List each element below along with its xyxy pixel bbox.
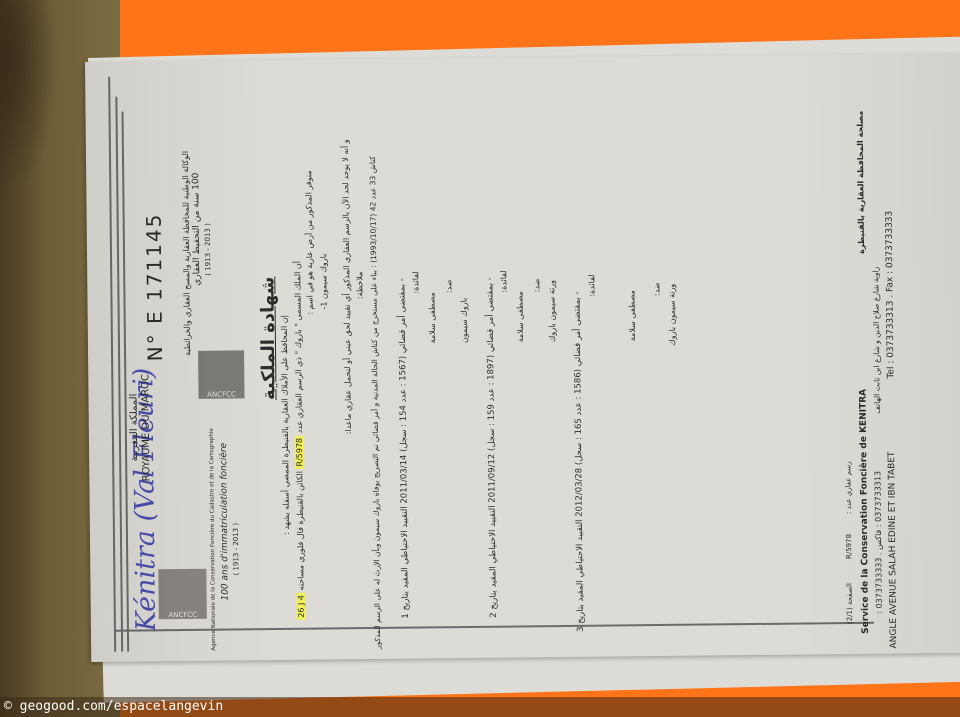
agency-name-fr: Agence Nationale de la Conservation Fonc… bbox=[209, 428, 217, 650]
entry-num: 1 - bbox=[397, 278, 411, 619]
entry-num: 3 - bbox=[572, 291, 586, 632]
entry-2: بمقتضى أمر قضائي (1897 : عدد 159 : سجل) … bbox=[485, 277, 499, 618]
entry-1-beneficiary-label: لفائدة: bbox=[411, 271, 420, 293]
frame-line bbox=[115, 97, 123, 652]
entry-type: التقييد الاحتياطي المقيد بتاريخ bbox=[575, 519, 586, 623]
property-certificate-document: Kénitra (Val Fleuri) N° E 171145 الوكالة… bbox=[85, 53, 960, 662]
entry-register: 154 bbox=[399, 405, 409, 421]
frame-line bbox=[122, 112, 130, 652]
property-line: 26 J 4 الكائن بالقنيطرة فال فلوري مساحته… bbox=[293, 261, 306, 620]
footer-title-deed-ref: R/5978 bbox=[845, 534, 853, 559]
address-fr: ANGLE AVENUE SALAH EDINE ET IBN TABET bbox=[887, 451, 899, 648]
handwritten-note: Kénitra (Val Fleuri) bbox=[128, 368, 162, 632]
title-deed-number: R/5978 bbox=[295, 436, 304, 469]
ancfcc-logo: ANCFCC bbox=[198, 350, 245, 398]
logo-label: ANCFCC bbox=[207, 390, 236, 398]
entry-number: 1586 bbox=[573, 372, 583, 394]
entry-basis: بمقتضى أمر قضائي bbox=[397, 284, 408, 353]
watermark-text: geogood.com/espacelangevin bbox=[20, 699, 224, 714]
entry-num: 2 - bbox=[485, 277, 499, 618]
civil-status-reference: كناش 33 عدد 42 (1993/10/17) : بناء على م… bbox=[368, 156, 382, 649]
entry-2-against-label: ضد: bbox=[532, 279, 541, 293]
frame-line bbox=[108, 77, 116, 652]
area-highlight: 26 J 4 bbox=[297, 593, 306, 620]
entry-basis: بمقتضى أمر قضائي bbox=[485, 283, 496, 352]
entry-3: بمقتضى أمر قضائي (1586 : عدد 165 : سجل) … bbox=[572, 291, 586, 632]
entry-3-beneficiary-label: لفائدة: bbox=[587, 274, 596, 296]
entry-3-beneficiary: مصطفى سلامة bbox=[627, 290, 637, 341]
no-charges-text: و أنه لا يوجد لحد الآن بالرسم العقاري ال… bbox=[341, 139, 353, 434]
watermark-bar: © geogood.com/espacelangevin bbox=[0, 697, 960, 717]
agency-name-ar: الوكالة الوطنية للمحافظة العقارية والمسح… bbox=[181, 151, 192, 356]
entry-number: 1897 bbox=[486, 358, 496, 380]
entry-register: 159 bbox=[487, 404, 497, 420]
entry-1-against-label: ضد: bbox=[444, 279, 453, 293]
owner-name: باروك سيمون bbox=[319, 254, 328, 299]
shadow-area bbox=[0, 0, 60, 200]
kingdom-name-fr: ROYAUME DU MAROC bbox=[140, 374, 152, 481]
centenary-fr: 100 ans d'immatriculation foncière bbox=[219, 443, 231, 601]
page-indicator: الصفحة (2/1) bbox=[845, 583, 853, 624]
entry-date: 2011/03/14 bbox=[399, 455, 410, 504]
entry-date: 2012/03/28 bbox=[574, 468, 585, 517]
owner-line: متوفر المذكور من أرض عارية هو في اسم : bbox=[304, 170, 315, 314]
centenary-ar: 100 سنة من التحفيظ العقاري bbox=[191, 173, 202, 286]
centenary-years-ar: ( 1913 - 2013 ) bbox=[204, 223, 213, 276]
entry-3-against-label: ضد: bbox=[652, 282, 661, 296]
owner-num: 1- bbox=[320, 301, 329, 309]
owner-1: باروك سيمون 1- bbox=[319, 254, 329, 310]
intro-text: إن المحافظ على الأملاك العقارية بالقنيطر… bbox=[280, 315, 291, 535]
entry-date: 2011/09/12 bbox=[487, 454, 498, 503]
entry-2-beneficiary-label: لفائدة: bbox=[499, 270, 508, 292]
property-name-text: أن الملك المسمى " باروك " ذي الرسم العقا… bbox=[293, 261, 304, 433]
entry-type: التقييد الاحتياطي المقيد بتاريخ bbox=[488, 505, 499, 609]
centenary-years-fr: ( 1913 - 2013 ) bbox=[232, 523, 241, 576]
serial-number: N° E 171145 bbox=[142, 212, 168, 361]
service-name-ar: مصلحة المحافظة العقارية بالقنيطرة bbox=[856, 111, 866, 254]
address-ar: زاوية شارع صلاح الدين و شارع ابن ثابت ال… bbox=[871, 267, 882, 414]
frame-line bbox=[114, 622, 874, 632]
entry-type: التقييد الاحتياطي المقيد بتاريخ bbox=[400, 506, 411, 610]
entry-2-beneficiary: مصطفى سلامة bbox=[515, 291, 525, 342]
copyright-icon: © bbox=[4, 699, 12, 714]
note-label: ملاحظة: bbox=[355, 272, 364, 300]
entry-2-against: ورثة سيمون باروك bbox=[547, 280, 557, 342]
phone-line-ar: 0373733313 : فاكس . 0373733333 : bbox=[873, 471, 883, 614]
entry-3-against: ورثة سيمون باروك bbox=[667, 284, 677, 346]
entry-basis: بمقتضى أمر قضائي bbox=[572, 297, 583, 366]
entry-number: 1567 bbox=[398, 359, 408, 381]
location-text: الكائن بالقنيطرة فال فلوري مساحته bbox=[295, 471, 305, 591]
document-title: شهادة الملكية bbox=[257, 276, 279, 400]
entry-1: بمقتضى أمر قضائي (1567 : عدد 154 : سجل) … bbox=[397, 278, 411, 619]
kingdom-name-ar: المملكة المغربية bbox=[128, 394, 140, 462]
entry-register: 165 bbox=[574, 418, 584, 434]
service-name-fr: Service de la Conservation Foncière de K… bbox=[858, 389, 871, 634]
logo-label: ANCFCC bbox=[168, 611, 197, 619]
entry-1-beneficiary: مصطفى سلامة bbox=[427, 292, 437, 343]
ancfcc-centenary-logo: ANCFCC bbox=[158, 569, 207, 619]
entry-1-against: باروك سيمون bbox=[459, 298, 468, 343]
tel-fax-fr: Tel : 0373733313 . Fax : 0373733333 bbox=[885, 211, 897, 379]
footer-title-deed-label: رسم عقاري عدد : bbox=[844, 461, 853, 514]
